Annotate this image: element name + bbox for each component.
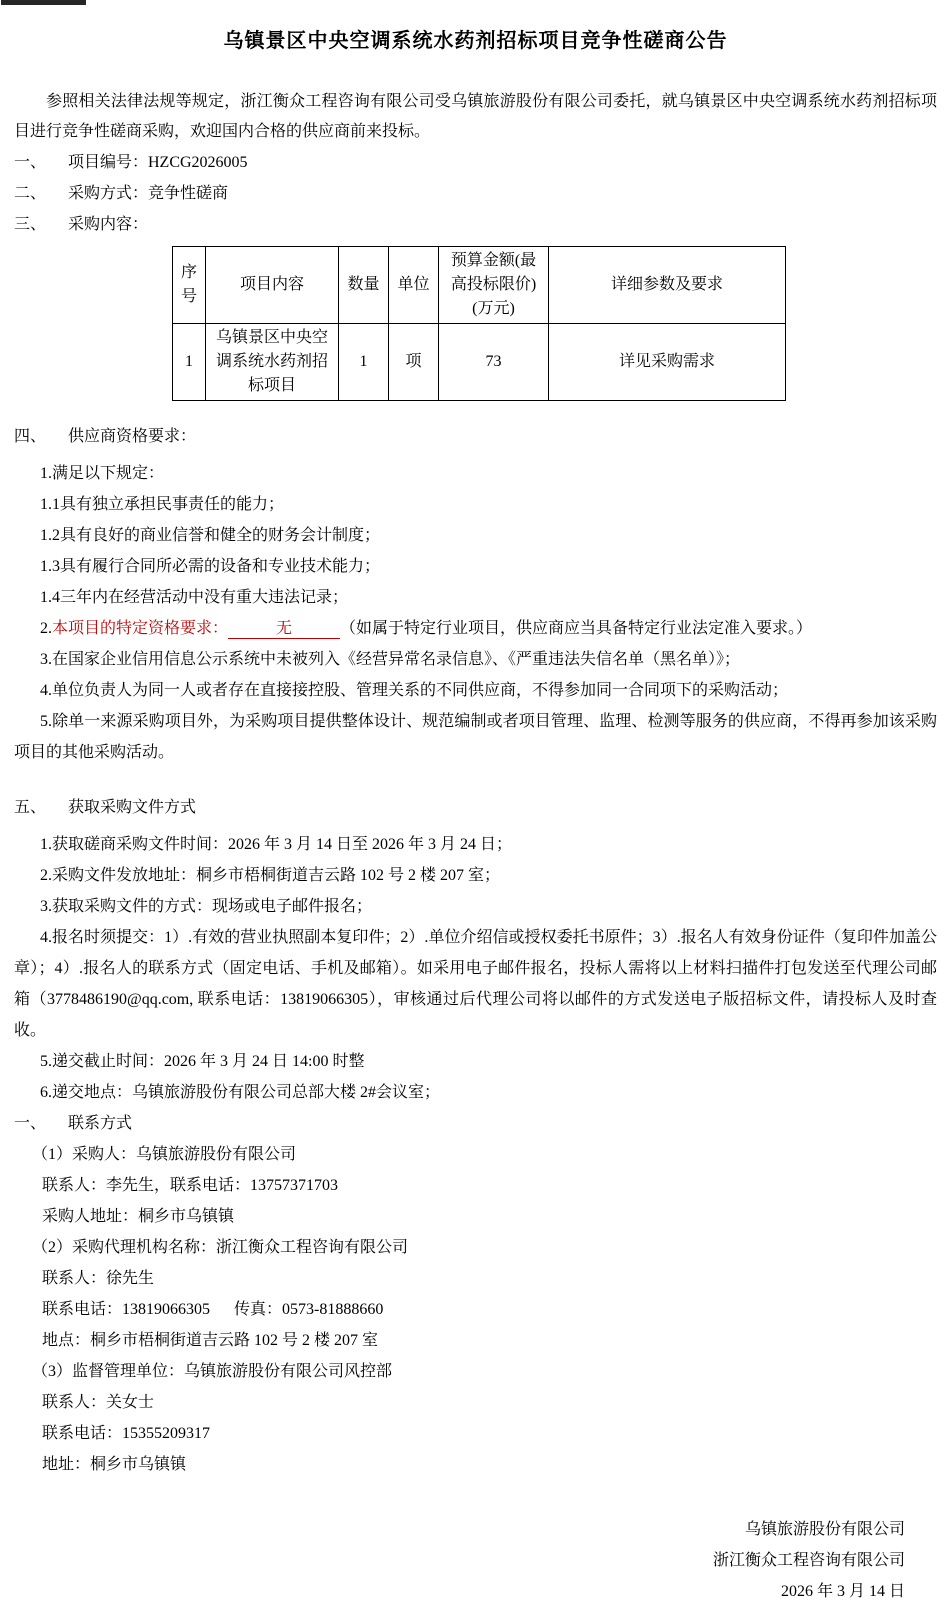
supervisor-address: 地址：桐乡市乌镇镇: [14, 1449, 937, 1480]
qualification-item: 3.在国家企业信用信息公示系统中未被列入《经营异常名录信息》、《严重违法失信名单…: [14, 644, 937, 675]
procurement-method-text: 采购方式：竞争性磋商: [68, 185, 228, 202]
contact-purchaser-block: （1）采购人：乌镇旅游股份有限公司 联系人：李先生，联系电话：137573717…: [14, 1139, 937, 1232]
obtain-item-deadline: 5.递交截止时间：2026 年 3 月 24 日 14:00 时整: [14, 1046, 937, 1077]
qualification-item: 1.2具有良好的商业信誉和健全的财务会计制度；: [14, 520, 937, 551]
section-procurement-content: 三、采购内容：: [14, 209, 937, 240]
obtain-item: 3.获取采购文件的方式：现场或电子邮件报名；: [14, 891, 937, 922]
signature-purchaser: 乌镇旅游股份有限公司: [14, 1514, 905, 1545]
header-unit: 单位: [389, 247, 439, 324]
procurement-table: 序号 项目内容 数量 单位 预算金额(最高投标限价)(万元) 详细参数及要求 1…: [172, 246, 786, 401]
agency-phone-fax: 联系电话：13819066305 传真：0573-81888660: [14, 1294, 937, 1325]
qualification-item: 4.单位负责人为同一人或者存在直接接控股、管理关系的不同供应商，不得参加同一合同…: [14, 675, 937, 706]
obtain-documents-heading: 获取采购文件方式: [68, 799, 196, 816]
agency-name: （2）采购代理机构名称：浙江衡众工程咨询有限公司: [14, 1232, 937, 1263]
scan-artifact-bar: [1, 0, 86, 5]
procurement-table-wrapper: 序号 项目内容 数量 单位 预算金额(最高投标限价)(万元) 详细参数及要求 1…: [172, 246, 937, 401]
announcement-document: 乌镇景区中央空调系统水药剂招标项目竞争性磋商公告 参照相关法律法规等规定，浙江衡…: [0, 0, 951, 1604]
signature-agency: 浙江衡众工程咨询有限公司: [14, 1545, 905, 1576]
contact-supervisor-block: （3）监督管理单位：乌镇旅游股份有限公司风控部 联系人：关女士 联系电话：153…: [14, 1356, 937, 1480]
header-detail-params: 详细参数及要求: [549, 247, 786, 324]
section-number: 五、: [14, 792, 68, 823]
header-item-content: 项目内容: [206, 247, 339, 324]
obtain-documents-list: 1.获取磋商采购文件时间：2026 年 3 月 14 日至 2026 年 3 月…: [14, 829, 937, 1108]
qualification-special-requirement: 2.本项目的特定资格要求：无（如属于特定行业项目，供应商应当具备特定行业法定准入…: [14, 613, 937, 644]
cell-detail-params: 详见采购需求: [549, 324, 786, 401]
obtain-item: 2.采购文件发放地址：桐乡市梧桐街道吉云路 102 号 2 楼 207 室；: [14, 860, 937, 891]
section-contact: 一、联系方式: [14, 1108, 937, 1139]
section-number: 二、: [14, 178, 68, 209]
qualification-item: 1.满足以下规定：: [14, 458, 937, 489]
section-number: 四、: [14, 421, 68, 452]
supervisor-phone: 联系电话：15355209317: [14, 1418, 937, 1449]
purchaser-address: 采购人地址：桐乡市乌镇镇: [14, 1201, 937, 1232]
supervisor-contact-person: 联系人：关女士: [14, 1387, 937, 1418]
obtain-item: 1.获取磋商采购文件时间：2026 年 3 月 14 日至 2026 年 3 月…: [14, 829, 937, 860]
purchaser-name: （1）采购人：乌镇旅游股份有限公司: [14, 1139, 937, 1170]
agency-contact-person: 联系人：徐先生: [14, 1263, 937, 1294]
table-row: 1 乌镇景区中央空调系统水药剂招标项目 1 项 73 详见采购需求: [173, 324, 786, 401]
procurement-content-text: 采购内容：: [68, 216, 148, 233]
cell-quantity: 1: [339, 324, 389, 401]
agency-address: 地点：桐乡市梧桐街道吉云路 102 号 2 楼 207 室: [14, 1325, 937, 1356]
header-seq-no: 序号: [173, 247, 206, 324]
section-project-number: 一、项目编号：HZCG2026005: [14, 147, 937, 178]
section-obtain-documents: 五、获取采购文件方式: [14, 792, 937, 823]
contact-agency-block: （2）采购代理机构名称：浙江衡众工程咨询有限公司 联系人：徐先生 联系电话：13…: [14, 1232, 937, 1356]
cell-budget: 73: [439, 324, 549, 401]
supplier-qualification-heading: 供应商资格要求：: [68, 428, 196, 445]
qualification-item: 1.4三年内在经营活动中没有重大违法记录；: [14, 582, 937, 613]
signature-block: 乌镇旅游股份有限公司 浙江衡众工程咨询有限公司 2026 年 3 月 14 日: [14, 1514, 937, 1604]
section-supplier-qualification: 四、供应商资格要求：: [14, 421, 937, 452]
section-procurement-method: 二、采购方式：竞争性磋商: [14, 178, 937, 209]
section-number: 一、: [14, 1108, 68, 1139]
qualification-item: 5.除单一来源采购项目外，为采购项目提供整体设计、规范编制或者项目管理、监理、检…: [14, 706, 937, 768]
purchaser-contact-person: 联系人：李先生，联系电话：13757371703: [14, 1170, 937, 1201]
cell-item-content: 乌镇景区中央空调系统水药剂招标项目: [206, 324, 339, 401]
obtain-item-location: 6.递交地点：乌镇旅游股份有限公司总部大楼 2#会议室；: [14, 1077, 937, 1108]
project-number-text: 项目编号：HZCG2026005: [68, 154, 248, 171]
contact-heading: 联系方式: [68, 1115, 132, 1132]
section-number: 一、: [14, 147, 68, 178]
obtain-item-registration: 4.报名时须提交：1）.有效的营业执照副本复印件；2）.单位介绍信或授权委托书原…: [14, 922, 937, 1046]
supervisor-name: （3）监督管理单位：乌镇旅游股份有限公司风控部: [14, 1356, 937, 1387]
page-title: 乌镇景区中央空调系统水药剂招标项目竞争性磋商公告: [14, 0, 937, 53]
qualification-item: 1.1具有独立承担民事责任的能力；: [14, 489, 937, 520]
cell-unit: 项: [389, 324, 439, 401]
section-number: 三、: [14, 209, 68, 240]
cell-seq-no: 1: [173, 324, 206, 401]
qualification-item: 1.3具有履行合同所必需的设备和专业技术能力；: [14, 551, 937, 582]
special-requirement-blank: 无: [228, 619, 340, 639]
special-requirement-note: （如属于特定行业项目，供应商应当具备特定行业法定准入要求。）: [340, 620, 812, 637]
table-header-row: 序号 项目内容 数量 单位 预算金额(最高投标限价)(万元) 详细参数及要求: [173, 247, 786, 324]
special-requirement-label: 本项目的特定资格要求：: [52, 620, 228, 637]
special-requirement-number: 2.: [40, 620, 52, 637]
signature-date: 2026 年 3 月 14 日: [14, 1576, 905, 1604]
header-budget: 预算金额(最高投标限价)(万元): [439, 247, 549, 324]
intro-paragraph: 参照相关法律法规等规定，浙江衡众工程咨询有限公司受乌镇旅游股份有限公司委托，就乌…: [14, 87, 937, 147]
header-quantity: 数量: [339, 247, 389, 324]
qualification-list: 1.满足以下规定： 1.1具有独立承担民事责任的能力； 1.2具有良好的商业信誉…: [14, 458, 937, 768]
